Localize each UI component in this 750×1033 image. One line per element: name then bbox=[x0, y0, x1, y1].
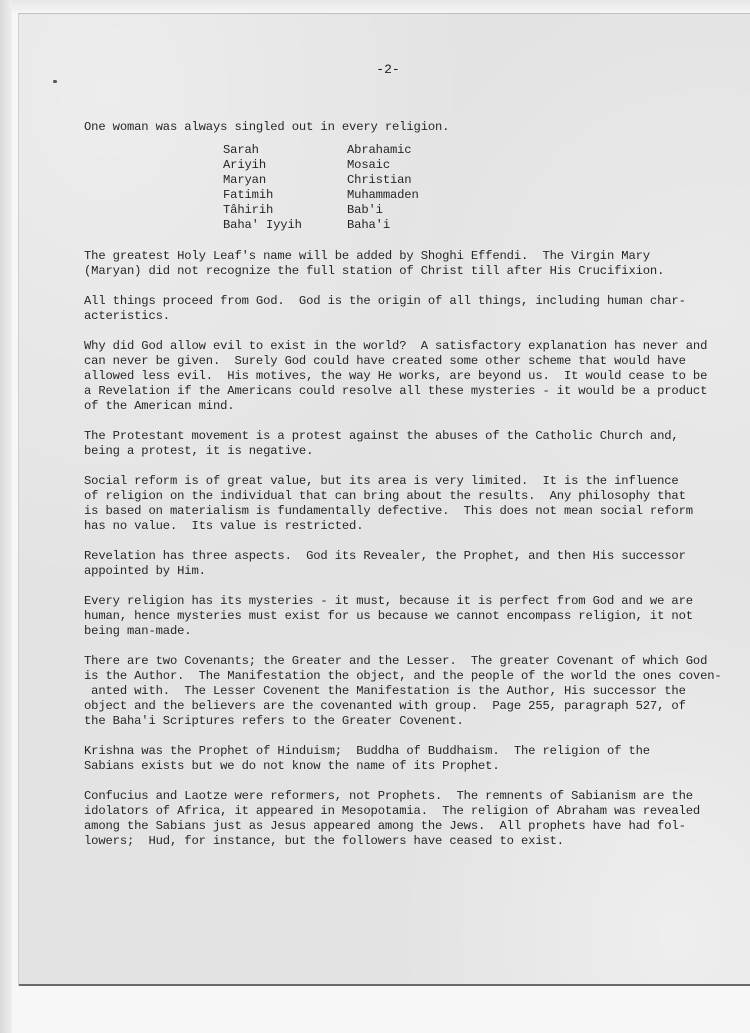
text-line: the Baha'i Scriptures refers to the Grea… bbox=[84, 714, 744, 729]
text-line: can never be given. Surely God could hav… bbox=[84, 354, 744, 369]
religion-name: Bab'i bbox=[347, 203, 507, 218]
paragraph: Why did God allow evil to exist in the w… bbox=[84, 339, 744, 414]
text-line: Confucius and Laotze were reformers, not… bbox=[84, 789, 744, 804]
paragraph: Every religion has its mysteries - it mu… bbox=[84, 594, 744, 639]
text-line: among the Sabians just as Jesus appeared… bbox=[84, 819, 744, 834]
paragraph: All things proceed from God. God is the … bbox=[84, 294, 744, 324]
text-line: Sabians exists but we do not know the na… bbox=[84, 759, 744, 774]
woman-name: Baha' Iyyih bbox=[223, 218, 347, 233]
paragraph: Revelation has three aspects. God its Re… bbox=[84, 549, 744, 579]
page-body: One woman was always singled out in ever… bbox=[84, 120, 744, 864]
text-line: Every religion has its mysteries - it mu… bbox=[84, 594, 744, 609]
text-line: The greatest Holy Leaf's name will be ad… bbox=[84, 249, 744, 264]
woman-name: Maryan bbox=[223, 173, 347, 188]
text-line: There are two Covenants; the Greater and… bbox=[84, 654, 744, 669]
text-line: has no value. Its value is restricted. bbox=[84, 519, 744, 534]
religion-name: Baha'i bbox=[347, 218, 507, 233]
text-line: of the American mind. bbox=[84, 399, 744, 414]
text-line: The Protestant movement is a protest aga… bbox=[84, 429, 744, 444]
text-line: Why did God allow evil to exist in the w… bbox=[84, 339, 744, 354]
paragraph: There are two Covenants; the Greater and… bbox=[84, 654, 744, 729]
paper-blemish bbox=[53, 80, 57, 83]
religion-name: Muhammaden bbox=[347, 188, 507, 203]
text-line: allowed less evil. His motives, the way … bbox=[84, 369, 744, 384]
text-line: anted with. The Lesser Covenent the Mani… bbox=[84, 684, 744, 699]
scan-left-margin bbox=[0, 0, 12, 1033]
text-line: Social reform is of great value, but its… bbox=[84, 474, 744, 489]
paragraph-list: The greatest Holy Leaf's name will be ad… bbox=[84, 249, 744, 849]
text-line: lowers; Hud, for instance, but the follo… bbox=[84, 834, 744, 849]
text-line: Krishna was the Prophet of Hinduism; Bud… bbox=[84, 744, 744, 759]
text-line: Revelation has three aspects. God its Re… bbox=[84, 549, 744, 564]
text-line: being man-made. bbox=[84, 624, 744, 639]
religion-name: Christian bbox=[347, 173, 507, 188]
women-religion-table: SarahAbrahamicAriyihMosaicMaryanChristia… bbox=[223, 143, 744, 233]
woman-name: Sarah bbox=[223, 143, 347, 158]
religion-name: Mosaic bbox=[347, 158, 507, 173]
text-line: of religion on the individual that can b… bbox=[84, 489, 744, 504]
text-line: object and the believers are the covenan… bbox=[84, 699, 744, 714]
text-line: is based on materialism is fundamentally… bbox=[84, 504, 744, 519]
text-line: idolators of Africa, it appeared in Meso… bbox=[84, 804, 744, 819]
paragraph: Confucius and Laotze were reformers, not… bbox=[84, 789, 744, 849]
page-number: -2- bbox=[0, 62, 750, 77]
text-line: being a protest, it is negative. bbox=[84, 444, 744, 459]
paragraph: Social reform is of great value, but its… bbox=[84, 474, 744, 534]
scan-top-margin bbox=[0, 0, 750, 12]
text-line: (Maryan) did not recognize the full stat… bbox=[84, 264, 744, 279]
text-line: appointed by Him. bbox=[84, 564, 744, 579]
text-line: is the Author. The Manifestation the obj… bbox=[84, 669, 744, 684]
woman-name: Tâhirih bbox=[223, 203, 347, 218]
paragraph: The Protestant movement is a protest aga… bbox=[84, 429, 744, 459]
text-line: a Revelation if the Americans could reso… bbox=[84, 384, 744, 399]
paragraph: Krishna was the Prophet of Hinduism; Bud… bbox=[84, 744, 744, 774]
text-line: human, hence mysteries must exist for us… bbox=[84, 609, 744, 624]
paragraph: The greatest Holy Leaf's name will be ad… bbox=[84, 249, 744, 279]
woman-name: Fatimih bbox=[223, 188, 347, 203]
woman-name: Ariyih bbox=[223, 158, 347, 173]
text-line: All things proceed from God. God is the … bbox=[84, 294, 744, 309]
religion-name: Abrahamic bbox=[347, 143, 507, 158]
text-line: acteristics. bbox=[84, 309, 744, 324]
intro-sentence: One woman was always singled out in ever… bbox=[84, 120, 744, 135]
